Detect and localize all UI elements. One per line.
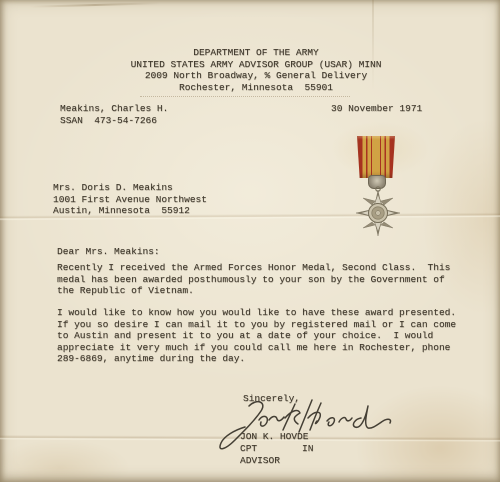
fold-crease-dotted <box>140 96 350 97</box>
fold-crease-top <box>30 2 160 7</box>
scanned-letter: DEPARTMENT OF THE ARMY UNITED STATES ARM… <box>0 0 500 482</box>
reference-block: Meakins, Charles H. SSAN 473-54-7266 <box>60 103 168 126</box>
body-paragraph-2: I would like to know how you would like … <box>57 307 456 365</box>
salutation: Dear Mrs. Meakins: <box>57 246 160 258</box>
reference-name: Meakins, Charles H. <box>60 103 168 114</box>
reference-ssan: SSAN 473-54-7266 <box>60 115 157 126</box>
letterhead: DEPARTMENT OF THE ARMY UNITED STATES ARM… <box>6 47 500 93</box>
title-line: ADVISOR <box>240 455 280 467</box>
typed-name: JON K. HOVDE <box>240 431 308 443</box>
valediction: Sincerely, <box>243 393 300 405</box>
body-paragraph-1: Recently I received the Armed Forces Hon… <box>57 262 450 297</box>
medal-ribbon-icon <box>357 136 395 178</box>
branch: IN <box>302 443 313 455</box>
medal-star-icon <box>354 186 402 238</box>
date: 30 November 1971 <box>331 103 422 115</box>
rank: CPT <box>240 443 257 455</box>
armed-forces-honor-medal <box>352 134 404 238</box>
recipient-address: Mrs. Doris D. Meakins 1001 First Avenue … <box>53 182 207 217</box>
